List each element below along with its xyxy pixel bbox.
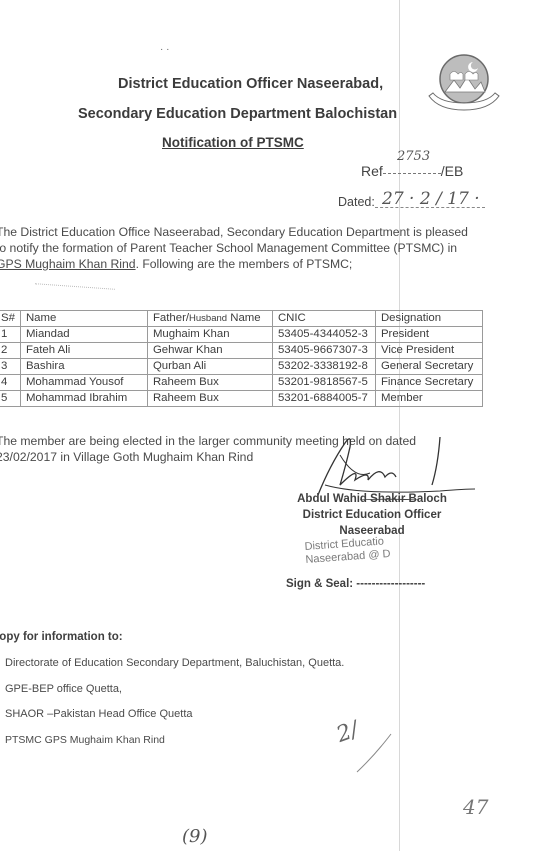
intro-line-2: to notify the formation of Parent Teache…: [0, 240, 468, 256]
table-row: 1 Miandad Mughaim Khan 53405-4344052-3 P…: [0, 327, 482, 343]
table-row: 3 Bashira Qurban Ali 53202-3338192-8 Gen…: [0, 359, 482, 375]
dated-label: Dated:: [338, 195, 375, 209]
school-name: GPS Mughaim Khan Rind: [0, 257, 136, 271]
header-father-part: Father/: [153, 312, 189, 324]
cell-father: Mughaim Khan: [147, 327, 272, 343]
ref-label: Ref: [361, 163, 383, 179]
emblem-icon: [423, 52, 505, 116]
cell-sn: 1: [0, 327, 20, 343]
pen-stroke-icon: [355, 730, 395, 775]
cell-father: Gehwar Khan: [147, 343, 272, 359]
copy-item: Directorate of Education Secondary Depar…: [5, 657, 344, 669]
header-husband-part: Husband: [189, 313, 227, 324]
copy-item: PTSMC GPS Mughaim Khan Rind: [5, 734, 165, 746]
cell-designation: Vice President: [375, 343, 482, 359]
intro-line-3: GPS Mughaim Khan Rind. Following are the…: [0, 256, 468, 272]
copy-item: GPE-BEP office Quetta,: [5, 683, 122, 695]
cell-designation: President: [375, 327, 482, 343]
header-father-husband-name: Father/Husband Name: [147, 311, 272, 327]
ref-handwritten-number: 2753: [397, 149, 430, 164]
header-line-2: Secondary Education Department Balochist…: [78, 106, 397, 122]
header-name: Name: [20, 311, 147, 327]
header-designation: Designation: [375, 311, 482, 327]
cell-cnic: 53201-9818567-5: [272, 375, 375, 391]
top-speck: · ·: [160, 44, 169, 55]
cell-father: Raheem Bux: [147, 391, 272, 407]
cell-father: Raheem Bux: [147, 375, 272, 391]
cell-name: Mohammad Yousof: [20, 375, 147, 391]
sign-seal-label: Sign & Seal: ------------------: [286, 576, 425, 592]
dated-handwritten-value: 27 · 2 / 17 ·: [382, 189, 480, 209]
signatory-name: Abdul Wahid Shakir Baloch: [282, 491, 462, 507]
header-name-part: Name: [230, 312, 260, 324]
intro-line-3-rest: . Following are the members of PTSMC;: [136, 257, 353, 271]
copy-heading: Copy for information to:: [0, 631, 123, 643]
cell-cnic: 53202-3338192-8: [272, 359, 375, 375]
cell-sn: 3: [0, 359, 20, 375]
signature-scribble-icon: [300, 425, 480, 500]
pencil-mark: [35, 283, 115, 290]
cell-sn: 4: [0, 375, 20, 391]
cell-father: Qurban Ali: [147, 359, 272, 375]
table-header-row: S# Name Father/Husband Name CNIC Designa…: [0, 311, 482, 327]
cell-sn: 5: [0, 391, 20, 407]
copy-item: SHAOR –Pakistan Head Office Quetta: [5, 708, 193, 720]
table-row: 5 Mohammad Ibrahim Raheem Bux 53201-6884…: [0, 391, 482, 407]
handwritten-bottom-mark: (9): [182, 826, 208, 847]
header-cnic: CNIC: [272, 311, 375, 327]
cell-name: Bashira: [20, 359, 147, 375]
cell-name: Fateh Ali: [20, 343, 147, 359]
cell-designation: Finance Secretary: [375, 375, 482, 391]
header-line-1: District Education Officer Naseerabad,: [118, 76, 383, 92]
cell-cnic: 53405-4344052-3: [272, 327, 375, 343]
table-row: 2 Fateh Ali Gehwar Khan 53405-9667307-3 …: [0, 343, 482, 359]
header-sn: S#: [0, 311, 20, 327]
cell-sn: 2: [0, 343, 20, 359]
reference-number: Ref/EB: [361, 163, 463, 179]
cell-cnic: 53405-9667307-3: [272, 343, 375, 359]
intro-line-1: The District Education Office Naseerabad…: [0, 224, 468, 240]
signatory-designation: District Education Officer: [282, 507, 462, 523]
signature-block: Abdul Wahid Shakir Baloch District Educa…: [282, 491, 462, 539]
official-stamp: District Educatio Naseerabad @ D: [304, 535, 391, 567]
cell-designation: General Secretary: [375, 359, 482, 375]
cell-name: Mohammad Ibrahim: [20, 391, 147, 407]
cell-designation: Member: [375, 391, 482, 407]
ref-suffix: /EB: [441, 163, 464, 179]
cell-name: Miandad: [20, 327, 147, 343]
page-title: Notification of PTSMC: [162, 135, 304, 150]
members-table: S# Name Father/Husband Name CNIC Designa…: [0, 310, 483, 407]
cell-cnic: 53201-6884005-7: [272, 391, 375, 407]
intro-paragraph: The District Education Office Naseerabad…: [0, 224, 468, 272]
handwritten-page-number: 47: [463, 795, 488, 819]
table-row: 4 Mohammad Yousof Raheem Bux 53201-98185…: [0, 375, 482, 391]
